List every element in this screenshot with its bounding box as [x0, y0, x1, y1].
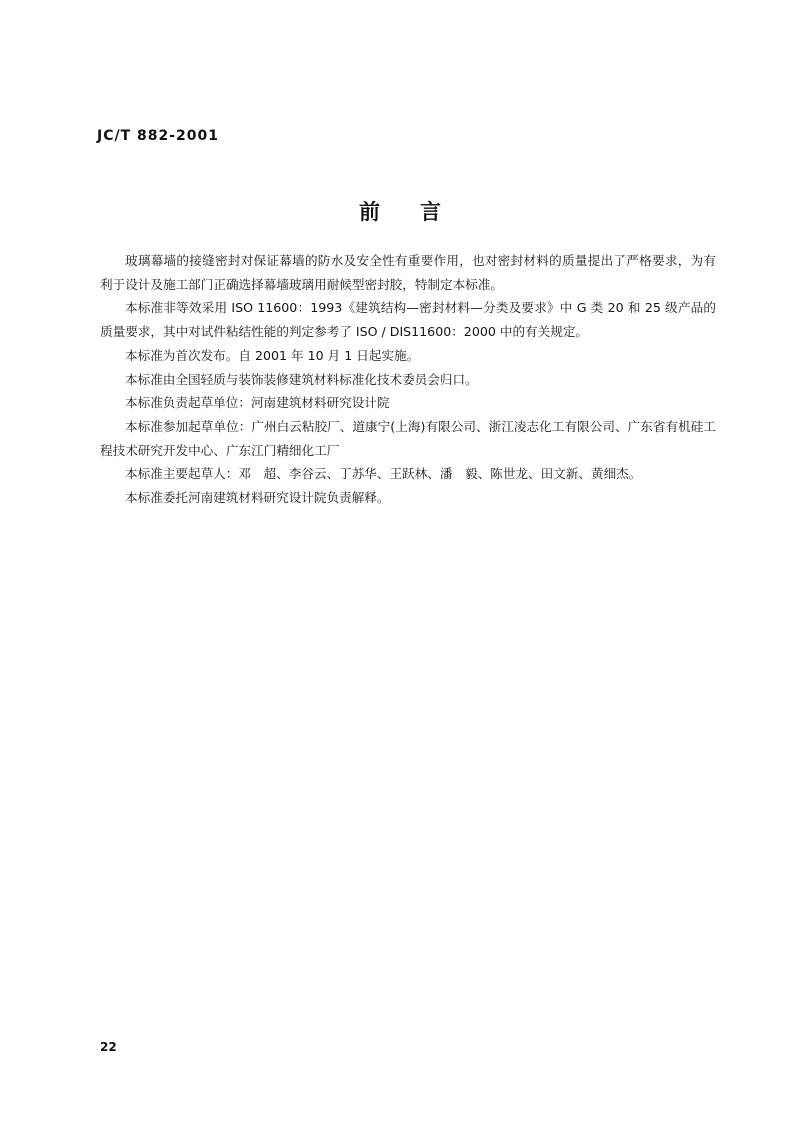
title-char-1: 前 [359, 196, 380, 226]
paragraph-lead-drafter: 本标准负责起草单位：河南建筑材料研究设计院 [100, 391, 716, 415]
paragraph-iso-reference: 本标准非等效采用 ISO 11600：1993《建筑结构—密封材料—分类及要求》… [100, 296, 716, 343]
paragraph-interpretation: 本标准委托河南建筑材料研究设计院负责解释。 [100, 486, 716, 510]
paragraph-participating-units: 本标准参加起草单位：广州白云粘胶厂、道康宁(上海)有限公司、浙江凌志化工有限公司… [100, 415, 716, 462]
paragraph-background: 玻璃幕墙的接缝密封对保证幕墙的防水及安全性有重要作用，也对密封材料的质量提出了严… [100, 249, 716, 296]
title-char-2: 言 [420, 196, 441, 226]
paragraph-committee: 本标准由全国轻质与装饰装修建筑材料标准化技术委员会归口。 [100, 368, 716, 392]
standard-code: JC/T 882-2001 [97, 128, 219, 144]
paragraph-main-drafters: 本标准主要起草人：邓 超、李谷云、丁苏华、王跃林、潘 毅、陈世龙、田文新、黄细杰… [100, 462, 716, 486]
page-title: 前言 [0, 196, 800, 226]
foreword-body: 玻璃幕墙的接缝密封对保证幕墙的防水及安全性有重要作用，也对密封材料的质量提出了严… [100, 249, 716, 510]
page-number: 22 [100, 1040, 117, 1054]
paragraph-release: 本标准为首次发布。自 2001 年 10 月 1 日起实施。 [100, 344, 716, 368]
